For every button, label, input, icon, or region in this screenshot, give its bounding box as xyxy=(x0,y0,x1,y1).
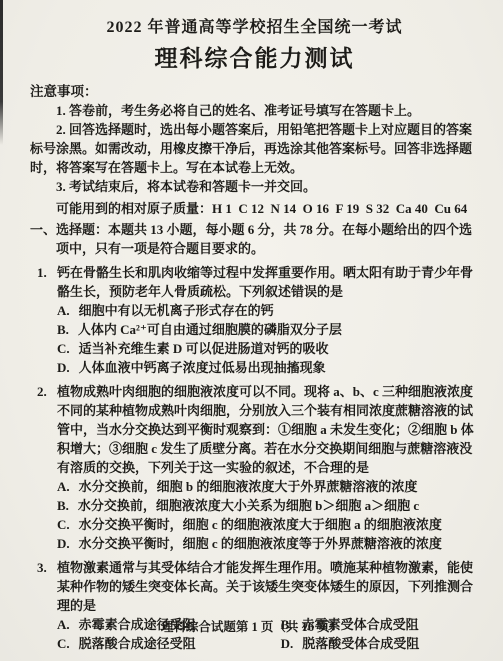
section-header-choice-questions: 一、选择题：本题共 13 小题，每小题 6 分，共 78 分。在每小题给出的四个… xyxy=(30,220,479,258)
option-text: 水分交换前，细胞 b 的细胞液浓度大于外界蔗糖溶液的浓度 xyxy=(79,479,418,494)
question-2-option-c: C.水分交换平衡时，细胞 c 的细胞液浓度大于细胞 a 的细胞液浓度 xyxy=(57,515,479,534)
scan-artifact xyxy=(0,0,3,145)
option-label: C. xyxy=(57,517,70,532)
question-1-number: 1. xyxy=(37,263,47,282)
page-footer: 理科综合试题第 1 页（共 16 页） xyxy=(0,619,503,635)
option-label: D. xyxy=(281,636,294,651)
question-3-option-d: D.脱落酸受体合成受阻 xyxy=(281,634,479,653)
notice-item-3: 3. 考试结束后，将本试卷和答题卡一并交回。 xyxy=(30,177,479,196)
question-2-option-a: A.水分交换前，细胞 b 的细胞液浓度大于外界蔗糖溶液的浓度 xyxy=(57,477,479,496)
option-text: 水分交换前，细胞液浓度大小关系为细胞 b＞细胞 a＞细胞 c xyxy=(78,498,419,513)
question-3-option-c: C.脱落酸合成途径受阻 xyxy=(57,634,281,653)
option-label: C. xyxy=(57,636,70,651)
question-1-options: A.细胞中有以无机离子形式存在的钙 B.人体内 Ca²⁺可自由通过细胞膜的磷脂双… xyxy=(57,301,479,377)
notice-item-2: 2. 回答选择题时，选出每小题答案后，用铅笔把答题卡上对应题目的答案标号涂黑。如… xyxy=(30,120,479,177)
exam-title-line2: 理科综合能力测试 xyxy=(30,40,479,73)
exam-title-line1: 2022 年普通高等学校招生全国统一考试 xyxy=(30,14,479,37)
question-2-options: A.水分交换前，细胞 b 的细胞液浓度大于外界蔗糖溶液的浓度 B.水分交换前，细… xyxy=(57,477,479,553)
option-label: D. xyxy=(57,360,70,375)
question-1-option-b: B.人体内 Ca²⁺可自由通过细胞膜的磷脂双分子层 xyxy=(57,320,479,339)
question-3: 3. 植物激素通常与其受体结合才能发挥生理作用。喷施某种植物激素，能使某种作物的… xyxy=(30,558,479,653)
question-2-option-b: B.水分交换前，细胞液浓度大小关系为细胞 b＞细胞 a＞细胞 c xyxy=(57,496,479,515)
question-2-option-d: D.水分交换平衡时，细胞 c 的细胞液浓度等于外界蔗糖溶液的浓度 xyxy=(57,534,479,553)
option-text: 水分交换平衡时，细胞 c 的细胞液浓度等于外界蔗糖溶液的浓度 xyxy=(79,536,442,551)
option-text: 细胞中有以无机离子形式存在的钙 xyxy=(79,303,274,318)
option-label: D. xyxy=(57,536,70,551)
option-label: A. xyxy=(57,303,70,318)
option-text: 人体内 Ca²⁺可自由通过细胞膜的磷脂双分子层 xyxy=(78,322,342,337)
notice-section: 注意事项： 1. 答卷前，考生务必将自己的姓名、准考证号填写在答题卡上。 2. … xyxy=(30,83,479,196)
question-1-option-d: D.人体血液中钙离子浓度过低易出现抽搐现象 xyxy=(57,358,479,377)
notice-item-1: 1. 答卷前，考生务必将自己的姓名、准考证号填写在答题卡上。 xyxy=(30,101,479,120)
notice-heading: 注意事项： xyxy=(30,83,479,101)
option-text: 脱落酸受体合成受阻 xyxy=(302,636,419,651)
option-label: B. xyxy=(57,322,69,337)
question-1-option-c: C.适当补充维生素 D 可以促进肠道对钙的吸收 xyxy=(57,339,479,358)
option-label: B. xyxy=(57,498,69,513)
question-3-number: 3. xyxy=(37,558,47,577)
question-2-number: 2. xyxy=(37,382,47,401)
question-1-option-a: A.细胞中有以无机离子形式存在的钙 xyxy=(57,301,479,320)
exam-paper-page: 2022 年普通高等学校招生全国统一考试 理科综合能力测试 注意事项： 1. 答… xyxy=(0,0,503,661)
option-text: 适当补充维生素 D 可以促进肠道对钙的吸收 xyxy=(79,341,329,356)
option-text: 脱落酸合成途径受阻 xyxy=(79,636,196,651)
option-text: 水分交换平衡时，细胞 c 的细胞液浓度大于细胞 a 的细胞液浓度 xyxy=(79,517,442,532)
question-1-stem: 钙在骨骼生长和肌肉收缩等过程中发挥重要作用。晒太阳有助于青少年骨骼生长，预防老年… xyxy=(57,263,479,301)
question-1: 1. 钙在骨骼生长和肌肉收缩等过程中发挥重要作用。晒太阳有助于青少年骨骼生长，预… xyxy=(30,263,479,377)
question-2-stem: 植物成熟叶肉细胞的细胞液浓度可以不同。现将 a、b、c 三种细胞液浓度不同的某种… xyxy=(57,382,479,477)
option-label: C. xyxy=(57,341,70,356)
question-3-stem: 植物激素通常与其受体结合才能发挥生理作用。喷施某种植物激素，能使某种作物的矮生突… xyxy=(57,558,479,615)
option-label: A. xyxy=(57,479,70,494)
atomic-mass-line: 可能用到的相对原子质量：H 1 C 12 N 14 O 16 F 19 S 32… xyxy=(30,199,479,218)
option-text: 人体血液中钙离子浓度过低易出现抽搐现象 xyxy=(79,360,326,375)
question-2: 2. 植物成熟叶肉细胞的细胞液浓度可以不同。现将 a、b、c 三种细胞液浓度不同… xyxy=(30,382,479,553)
